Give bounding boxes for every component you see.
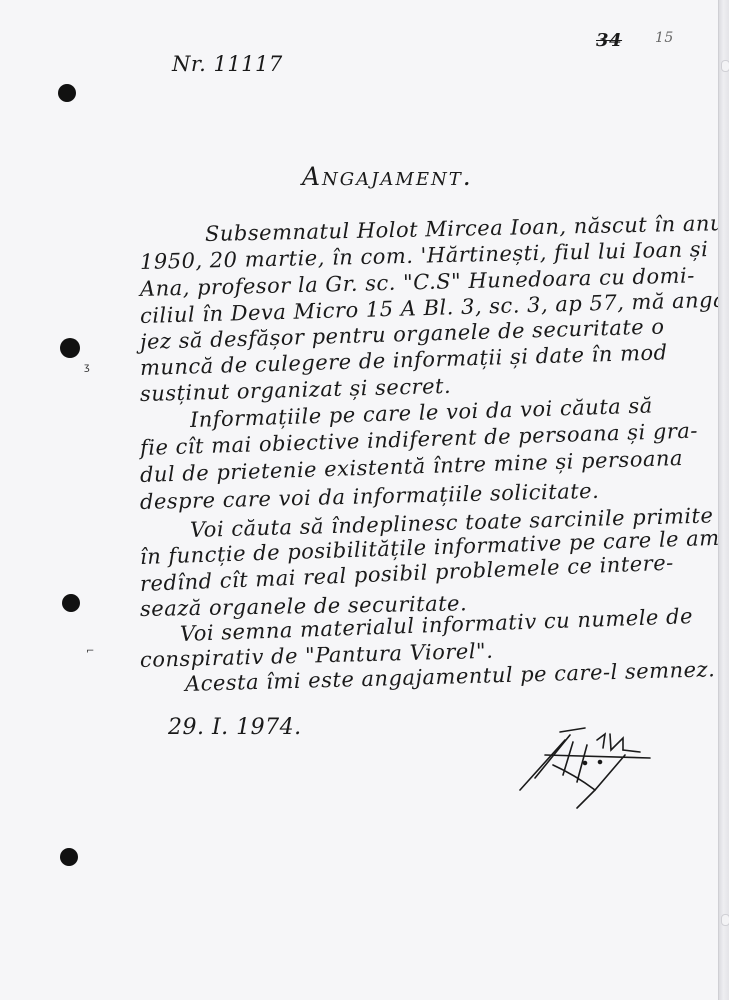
edge-notch [721,60,729,72]
folio-number: 34 [596,30,622,51]
document-page: ʒ ⌐ Nr. 11117 34 15 Angajament. Subsemna… [0,0,718,1000]
signature-icon [515,720,655,810]
edge-notch [721,914,729,926]
margin-mark: ʒ [84,362,90,373]
document-number: Nr. 11117 [172,52,283,76]
punch-hole-2 [60,338,80,358]
document-title: Angajament. [302,162,473,191]
punch-hole-4 [60,848,78,866]
page-edge [718,0,729,1000]
document-date: 29. I. 1974. [168,715,302,740]
margin-mark: ⌐ [86,646,94,657]
punch-hole-1 [58,84,76,102]
folio-pencil-number: 15 [655,30,674,46]
punch-hole-3 [62,594,80,612]
